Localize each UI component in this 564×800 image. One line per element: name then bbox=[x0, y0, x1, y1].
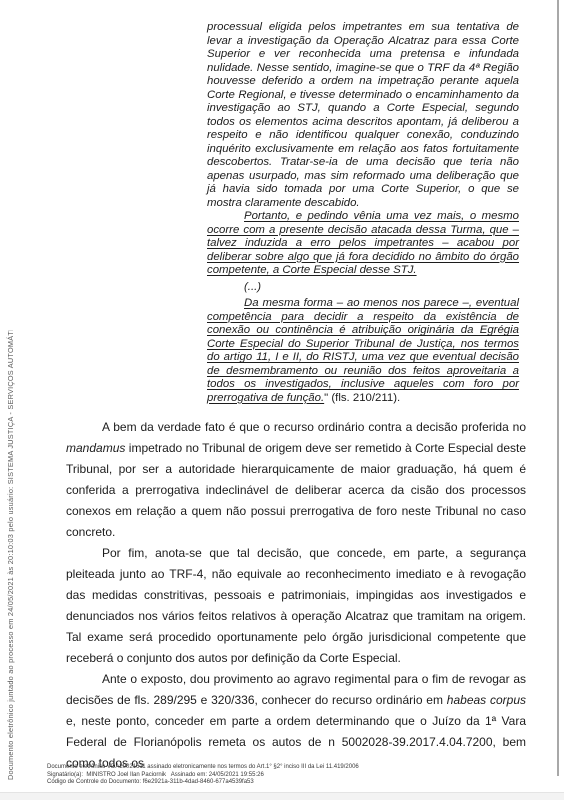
body-paragraph-3: Ante o exposto, dou provimento ao agravo… bbox=[66, 669, 526, 774]
quote-paragraph-1: processual eligida pelos impetrantes em … bbox=[207, 21, 519, 210]
page-right-border bbox=[557, 0, 559, 776]
page-bottom-edge bbox=[0, 792, 564, 800]
signature-footer-line-1: Documento eletrônico VDA29021611 assinad… bbox=[47, 764, 547, 772]
quote-paragraph-2-underlined: Portanto, e pedindo vênia uma vez mais, … bbox=[207, 210, 519, 278]
signature-footer-line-3: Código de Controle do Documento: f6e2921… bbox=[47, 779, 547, 787]
quote-ellipsis: (...) bbox=[207, 281, 519, 295]
body-paragraph-3-latin-term: habeas corpus bbox=[447, 693, 526, 707]
body-paragraph-2: Por fim, anota-se que tal decisão, que c… bbox=[66, 543, 526, 669]
body-paragraph-3-text-cont: e, neste ponto, conceder em parte a orde… bbox=[66, 714, 526, 770]
body-paragraph-1-text: A bem da verdade fato é que o recurso or… bbox=[102, 420, 526, 434]
sidebar-watermark-text: Documento eletrônico juntado ao processo… bbox=[6, 330, 22, 780]
signature-footer: Documento eletrônico VDA29021611 assinad… bbox=[47, 764, 547, 787]
quote-paragraph-3: Da mesma forma – ao menos nos parece –, … bbox=[207, 297, 519, 405]
signature-footer-line-2: Signatário(a): MINISTRO Joel Ilan Pacior… bbox=[47, 772, 547, 780]
quote-paragraph-3-underlined-text: Da mesma forma – ao menos nos parece –, … bbox=[207, 297, 519, 404]
body-paragraph-1: A bem da verdade fato é que o recurso or… bbox=[66, 417, 526, 543]
body-text: A bem da verdade fato é que o recurso or… bbox=[66, 417, 526, 774]
body-paragraph-1-text-cont: impetrado no Tribunal de origem deve ser… bbox=[66, 441, 526, 539]
body-paragraph-1-latin-term: mandamus bbox=[66, 441, 125, 455]
quote-citation: " (fls. 210/211). bbox=[324, 392, 400, 404]
document-page: Documento eletrônico juntado ao processo… bbox=[0, 0, 564, 800]
quote-block: processual eligida pelos impetrantes em … bbox=[207, 21, 519, 405]
